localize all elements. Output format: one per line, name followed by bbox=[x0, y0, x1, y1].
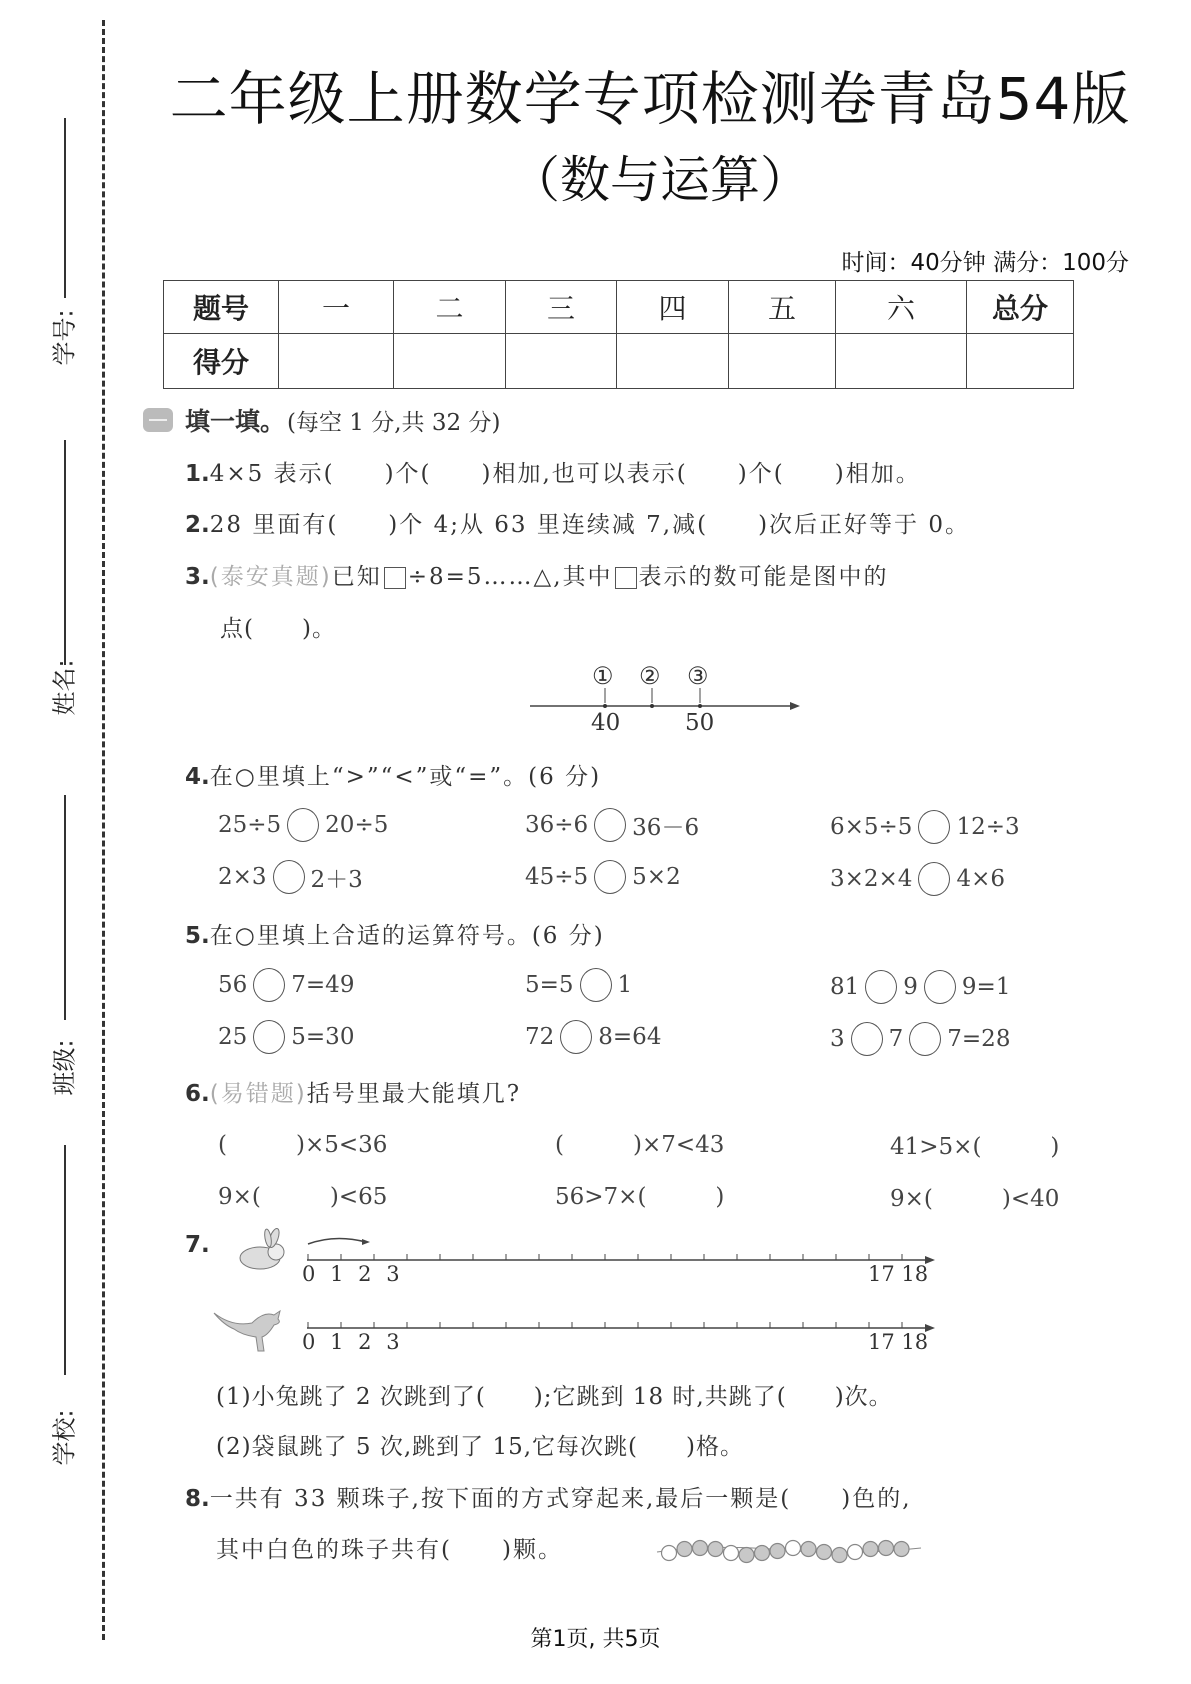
operator-item: 567=49 bbox=[218, 968, 354, 1002]
fill-item: ( )×5<36 bbox=[218, 1126, 387, 1159]
fill-item: 9×( )<40 bbox=[890, 1180, 1059, 1213]
question-text: 28 里面有( )个 4;从 63 里连续减 7,减( )次后正好等于 0。 bbox=[210, 512, 970, 538]
answer-circle[interactable] bbox=[580, 968, 612, 1002]
bead-gray bbox=[770, 1544, 785, 1559]
question-8-line2: 其中白色的珠子共有( )颗。 bbox=[216, 1531, 563, 1564]
expr-right: 4×6 bbox=[956, 866, 1005, 892]
class-label: 班级: bbox=[45, 1056, 80, 1096]
question-3: 3.(泰安真题)已知÷8=5……△,其中表示的数可能是图中的 bbox=[185, 558, 889, 591]
question-6: 6.(易错题)括号里最大能填几? bbox=[185, 1075, 521, 1108]
bead-gray bbox=[801, 1542, 816, 1557]
tick-label: 2 bbox=[358, 1262, 371, 1286]
answer-circle[interactable] bbox=[560, 1020, 592, 1054]
question-5: 5.在○里填上合适的运算符号。(6 分) bbox=[185, 917, 605, 950]
name-label: 姓名: bbox=[45, 676, 80, 716]
question-8: 8.一共有 33 颗珠子,按下面的方式穿起来,最后一颗是( )色的, bbox=[185, 1480, 912, 1513]
question-number: 6. bbox=[185, 1081, 210, 1107]
section-heading: 填一填。 (每空 1 分,共 32 分) bbox=[143, 402, 500, 438]
section-title: 填一填。 bbox=[185, 402, 285, 438]
expr-right: 5×2 bbox=[632, 864, 681, 890]
student-id-label: 学号: bbox=[45, 326, 80, 366]
answer-circle[interactable] bbox=[924, 970, 956, 1004]
fill-item: ( )×7<43 bbox=[555, 1126, 724, 1159]
kangaroo-line-end-labels: 17 18 bbox=[868, 1330, 928, 1354]
answer-circle[interactable] bbox=[865, 970, 897, 1004]
tick-label: 3 bbox=[386, 1330, 399, 1354]
question-text: ÷8=5……△,其中 bbox=[408, 564, 613, 590]
operand: 5=5 bbox=[525, 972, 574, 998]
page-subtitle: （数与运算） bbox=[160, 140, 1160, 212]
section-badge-icon bbox=[143, 408, 173, 432]
question-number: 8. bbox=[185, 1486, 210, 1512]
tick-label: 2 bbox=[358, 1330, 371, 1354]
bead-white bbox=[662, 1546, 677, 1561]
operand: 56 bbox=[218, 972, 247, 998]
bead-string-figure bbox=[655, 1536, 925, 1566]
operand: 81 bbox=[830, 974, 859, 1000]
compare-item: 36÷636－6 bbox=[525, 808, 699, 842]
bead-gray bbox=[832, 1548, 847, 1563]
answer-circle[interactable] bbox=[273, 860, 305, 894]
question-7: 7. bbox=[185, 1232, 210, 1258]
student-id-line bbox=[64, 118, 66, 298]
header-cell: 二 bbox=[394, 281, 506, 334]
header-cell: 总分 bbox=[967, 281, 1074, 334]
operand: 9 bbox=[903, 974, 918, 1000]
bead-white bbox=[724, 1546, 739, 1561]
square-icon bbox=[384, 567, 406, 589]
page-title: 二年级上册数学专项检测卷青岛54版 bbox=[160, 52, 1140, 136]
expr-left: 25÷5 bbox=[218, 812, 281, 838]
header-cell: 题号 bbox=[164, 281, 279, 334]
fill-item: 9×( )<65 bbox=[218, 1178, 387, 1211]
expr-left: 3×2×4 bbox=[830, 866, 912, 892]
question-2: 2.28 里面有( )个 4;从 63 里连续减 7,减( )次后正好等于 0。 bbox=[185, 506, 970, 539]
expr-left: 36÷6 bbox=[525, 812, 588, 838]
expr-left: 2×3 bbox=[218, 864, 267, 890]
score-row-label: 得分 bbox=[164, 334, 279, 389]
score-cell[interactable] bbox=[394, 334, 506, 389]
bead-gray bbox=[677, 1542, 692, 1557]
expr-left: 6×5÷5 bbox=[830, 814, 912, 840]
bead-gray bbox=[863, 1542, 878, 1557]
marker-2: ② bbox=[639, 662, 661, 690]
score-cell[interactable] bbox=[729, 334, 836, 389]
question-text: 4×5 表示( )个( )相加,也可以表示( )个( )相加。 bbox=[210, 461, 921, 487]
expr-left: 45÷5 bbox=[525, 864, 588, 890]
compare-item: 2×32＋3 bbox=[218, 860, 363, 894]
compare-item: 6×5÷512÷3 bbox=[830, 810, 1020, 844]
compare-item: 3×2×44×6 bbox=[830, 862, 1005, 896]
question-7-sub1: (1)小兔跳了 2 次跳到了( );它跳到 18 时,共跳了( )次。 bbox=[216, 1378, 893, 1411]
bead-gray bbox=[817, 1545, 832, 1560]
answer-circle[interactable] bbox=[851, 1022, 883, 1056]
marker-3: ③ bbox=[687, 662, 709, 690]
rabbit-icon bbox=[232, 1228, 292, 1278]
school-line bbox=[64, 1145, 66, 1375]
bead-white bbox=[786, 1541, 801, 1556]
bead-gray bbox=[739, 1548, 754, 1563]
expr-right: 2＋3 bbox=[311, 861, 363, 894]
bead-gray bbox=[879, 1541, 894, 1556]
operand: 9=1 bbox=[962, 974, 1011, 1000]
compare-item: 45÷55×2 bbox=[525, 860, 681, 894]
bead-gray bbox=[708, 1542, 723, 1557]
header-cell: 四 bbox=[617, 281, 729, 334]
question-tag: (易错题) bbox=[210, 1081, 307, 1107]
answer-circle[interactable] bbox=[594, 860, 626, 894]
answer-circle[interactable] bbox=[909, 1022, 941, 1056]
operator-item: 377=28 bbox=[830, 1022, 1010, 1056]
operator-item: 5=51 bbox=[525, 968, 632, 1002]
score-cell[interactable] bbox=[836, 334, 967, 389]
tick-label: 3 bbox=[386, 1262, 399, 1286]
header-cell: 三 bbox=[506, 281, 617, 334]
score-cell[interactable] bbox=[967, 334, 1074, 389]
answer-circle[interactable] bbox=[918, 810, 950, 844]
question-text: 在○里填上“>”“<”或“=”。(6 分) bbox=[210, 764, 601, 790]
question-3-line2: 点( )。 bbox=[220, 610, 336, 643]
fill-item: 56>7×( ) bbox=[555, 1178, 724, 1211]
operand: 72 bbox=[525, 1024, 554, 1050]
kangaroo-icon bbox=[212, 1305, 292, 1355]
header-cell: 一 bbox=[279, 281, 394, 334]
answer-circle[interactable] bbox=[594, 808, 626, 842]
question-text: 括号里最大能填几? bbox=[307, 1081, 521, 1107]
bead-gray bbox=[894, 1542, 909, 1557]
score-table: 题号 一 二 三 四 五 六 总分 得分 bbox=[163, 280, 1074, 389]
score-cell[interactable] bbox=[617, 334, 729, 389]
tick-label: 1 bbox=[330, 1330, 343, 1354]
question-number: 2. bbox=[185, 512, 210, 538]
name-line bbox=[64, 440, 66, 665]
question-number: 7. bbox=[185, 1232, 210, 1258]
school-label: 学校: bbox=[45, 1426, 80, 1466]
answer-circle[interactable] bbox=[918, 862, 950, 896]
rabbit-line-end-labels: 17 18 bbox=[868, 1262, 928, 1286]
header-cell: 六 bbox=[836, 281, 967, 334]
bead-white bbox=[848, 1545, 863, 1560]
bead-gray bbox=[693, 1541, 708, 1556]
question-number: 5. bbox=[185, 923, 210, 949]
kangaroo-line-labels: 0 1 2 3 bbox=[302, 1330, 400, 1354]
question-text: 表示的数可能是图中的 bbox=[639, 564, 889, 590]
tick-label: 0 bbox=[302, 1262, 315, 1286]
marker-1: ① bbox=[592, 662, 614, 690]
operand: 8=64 bbox=[598, 1024, 661, 1050]
question-text: 已知 bbox=[332, 564, 382, 590]
question-4: 4.在○里填上“>”“<”或“=”。(6 分) bbox=[185, 758, 601, 791]
question-text: 在○里填上合适的运算符号。(6 分) bbox=[210, 923, 605, 949]
question-7-sub2: (2)袋鼠跳了 5 次,跳到了 15,它每次跳( )格。 bbox=[216, 1428, 744, 1461]
cut-line bbox=[102, 20, 105, 1640]
rabbit-line-labels: 0 1 2 3 bbox=[302, 1262, 400, 1286]
score-cell[interactable] bbox=[506, 334, 617, 389]
score-cell[interactable] bbox=[279, 334, 394, 389]
expr-right: 36－6 bbox=[632, 809, 699, 842]
answer-circle[interactable] bbox=[253, 968, 285, 1002]
question-number: 3. bbox=[185, 564, 210, 590]
section-note: (每空 1 分,共 32 分) bbox=[287, 404, 500, 437]
fill-item: 41>5×( ) bbox=[890, 1128, 1059, 1161]
operand: 1 bbox=[618, 972, 633, 998]
operator-item: 255=30 bbox=[218, 1020, 354, 1054]
class-line bbox=[64, 795, 66, 1020]
question-number: 1. bbox=[185, 461, 210, 487]
question-1: 1.4×5 表示( )个( )相加,也可以表示( )个( )相加。 bbox=[185, 455, 921, 488]
operand: 3 bbox=[830, 1026, 845, 1052]
expr-right: 12÷3 bbox=[956, 814, 1019, 840]
header-cell: 五 bbox=[729, 281, 836, 334]
question-text: 一共有 33 颗珠子,按下面的方式穿起来,最后一颗是( )色的, bbox=[210, 1486, 912, 1512]
exam-meta: 时间：40分钟 满分：100分 bbox=[842, 244, 1129, 277]
square-icon bbox=[615, 567, 637, 589]
operator-item: 8199=1 bbox=[830, 970, 1010, 1004]
compare-item: 25÷520÷5 bbox=[218, 808, 388, 842]
operand: 7 bbox=[889, 1026, 904, 1052]
bead-gray bbox=[755, 1546, 770, 1561]
tick-label: 40 bbox=[591, 710, 620, 736]
operand: 5=30 bbox=[291, 1024, 354, 1050]
operand: 25 bbox=[218, 1024, 247, 1050]
answer-circle[interactable] bbox=[253, 1020, 285, 1054]
tick-label: 0 bbox=[302, 1330, 315, 1354]
tick-label: 50 bbox=[685, 710, 714, 736]
operator-item: 728=64 bbox=[525, 1020, 661, 1054]
question-number: 4. bbox=[185, 764, 210, 790]
answer-circle[interactable] bbox=[287, 808, 319, 842]
operand: 7=49 bbox=[291, 972, 354, 998]
expr-right: 20÷5 bbox=[325, 812, 388, 838]
page-number: 第1页, 共5页 bbox=[0, 1622, 1191, 1653]
question-tag: (泰安真题) bbox=[210, 564, 332, 590]
tick-label: 1 bbox=[330, 1262, 343, 1286]
operand: 7=28 bbox=[947, 1026, 1010, 1052]
